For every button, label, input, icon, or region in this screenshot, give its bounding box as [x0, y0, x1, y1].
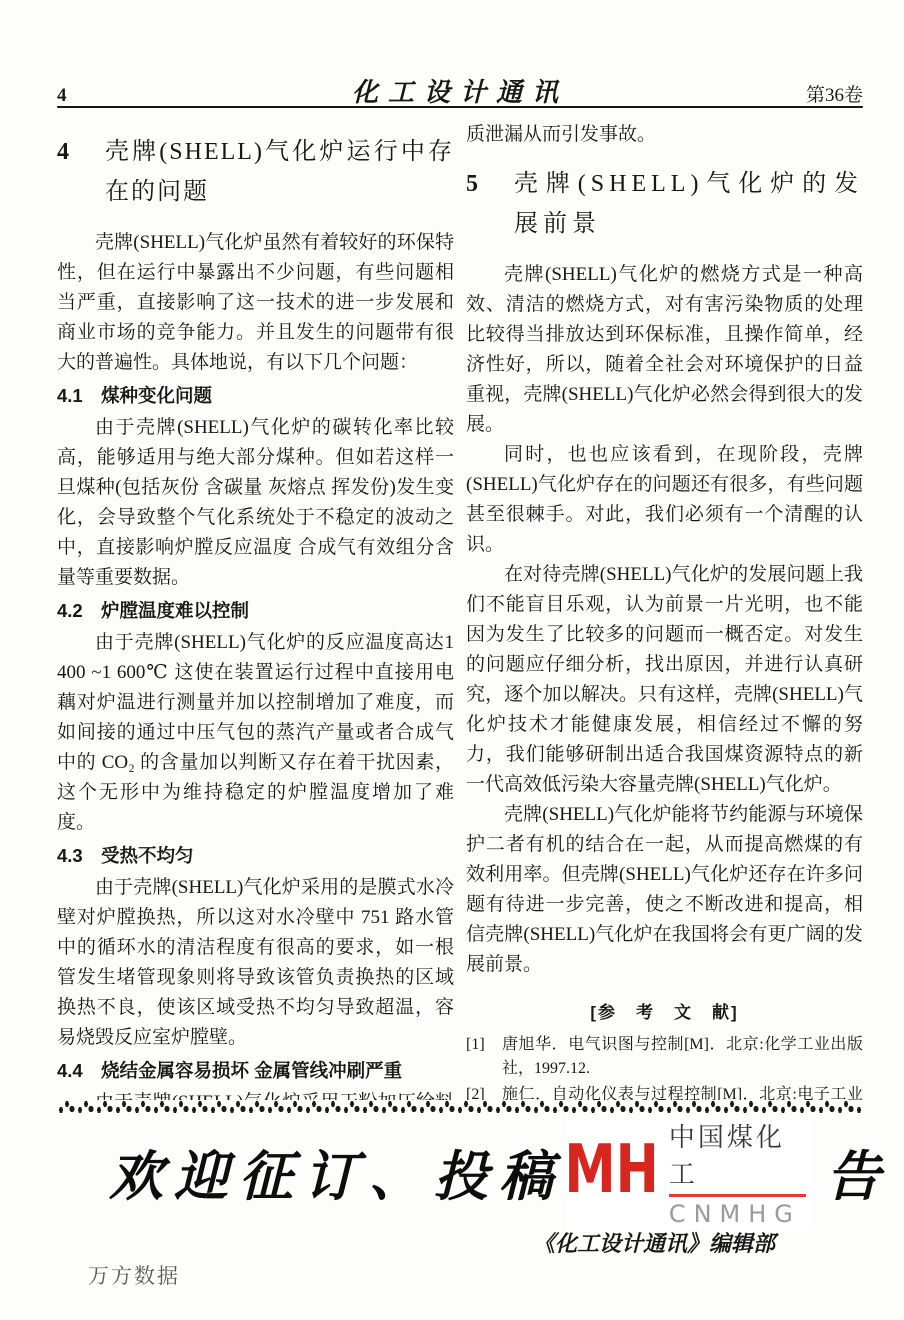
- section5-paragraph-1: 壳牌(SHELL)气化炉的燃烧方式是一种高效、清洁的燃烧方式，对有害污染物质的处…: [466, 260, 863, 440]
- reference-item: [2] 施仁．自动化仪表与过程控制[M]．北京:电子工业出版社，2003.3.: [466, 1083, 863, 1100]
- reference-1-label: [1]: [466, 1033, 502, 1081]
- section5-paragraph-3: 在对待壳牌(SHELL)气化炉的发展问题上我们不能盲目乐观，认为前景一片光明，也…: [466, 560, 863, 800]
- mh-monogram-icon: MH: [568, 1134, 659, 1210]
- subsection-4-1-heading: 4.1 煤种变化问题: [57, 381, 454, 411]
- right-column: 质泄漏从而引发事故。 5 壳牌(SHELL)气化炉的发展前景 壳牌(SHELL)…: [466, 118, 863, 1100]
- logo-text-block: 中国煤化工 CNMHG: [669, 1117, 806, 1228]
- section4-title: 壳牌(SHELL)气化炉运行中存在的问题: [105, 132, 454, 212]
- page-header: 4 化工设计通讯 第36卷: [57, 72, 863, 109]
- left-column: 4 壳牌(SHELL)气化炉运行中存在的问题 壳牌(SHELL)气化炉虽然有着较…: [57, 118, 454, 1100]
- section5-paragraph-2: 同时，也也应该看到，在现阶段，壳牌(SHELL)气化炉存在的问题还有很多，有些问…: [466, 440, 863, 560]
- footer-banner: 欢迎征订、投稿 MH 中国煤化工 CNMHG 告 《化工设计通讯》编辑部: [57, 1100, 863, 1258]
- article-body: 4 壳牌(SHELL)气化炉运行中存在的问题 壳牌(SHELL)气化炉虽然有着较…: [57, 118, 863, 1100]
- subsection-4-3-number: 4.3: [57, 841, 101, 871]
- subsection-4-1-paragraph: 由于壳牌(SHELL)气化炉的碳转化率比较高，能够适用与绝大部分煤种。但如若这样…: [57, 413, 454, 593]
- subsection-4-4-title: 烧结金属容易损坏 金属管线冲刷严重: [101, 1056, 402, 1086]
- reference-1-text: 唐旭华．电气识图与控制[M]．北京:化学工业出版社，1997.12.: [502, 1033, 863, 1081]
- subsection-4-4-continuation: 质泄漏从而引发事故。: [466, 120, 863, 150]
- cnmhg-watermark-logo: MH 中国煤化工 CNMHG: [566, 1115, 812, 1230]
- logo-name-english: CNMHG: [669, 1200, 806, 1228]
- section5-number: 5: [466, 164, 514, 244]
- section5-paragraph-4: 壳牌(SHELL)气化炉能将节约能源与环境保护二者有机的结合在一起，从而提高燃煤…: [466, 800, 863, 980]
- journal-title: 化工设计通讯: [187, 72, 733, 109]
- subsection-4-4-heading: 4.4 烧结金属容易损坏 金属管线冲刷严重: [57, 1056, 454, 1086]
- banner-calligraphy-left: 欢迎征订、投稿: [57, 1134, 564, 1211]
- section4-number: 4: [57, 132, 105, 212]
- subsection-4-4-paragraph: 由于壳牌(SHELL)气化炉采用干粉加压给料系统，煤粉的供给包括 燃烧副产品渣和…: [57, 1088, 454, 1100]
- volume-label: 第36卷: [733, 80, 863, 107]
- subsection-4-3-paragraph: 由于壳牌(SHELL)气化炉采用的是膜式水冷壁对炉膛换热，所以这对水冷壁中 75…: [57, 873, 454, 1053]
- section4-heading: 4 壳牌(SHELL)气化炉运行中存在的问题: [57, 132, 454, 212]
- subsection-4-2-heading: 4.2 炉膛温度难以控制: [57, 596, 454, 626]
- banner-calligraphy-right: 告: [826, 1134, 880, 1211]
- section5-heading: 5 壳牌(SHELL)气化炉的发展前景: [466, 164, 863, 244]
- references-header: [参 考 文 献]: [466, 998, 863, 1023]
- subsection-4-2-number: 4.2: [57, 596, 101, 626]
- reference-2-label: [2]: [466, 1083, 502, 1100]
- page-number: 4: [57, 85, 187, 107]
- logo-name-chinese: 中国煤化工: [669, 1117, 806, 1197]
- subsection-4-3-heading: 4.3 受热不均匀: [57, 841, 454, 871]
- subsection-4-4-number: 4.4: [57, 1056, 101, 1086]
- wanfang-data-watermark: 万方数据: [88, 1260, 180, 1290]
- subsection-4-2-paragraph: 由于壳牌(SHELL)气化炉的反应温度高达1 400 ~1 600℃ 这使在装置…: [57, 628, 454, 838]
- subsection-4-1-number: 4.1: [57, 381, 101, 411]
- section4-intro-paragraph: 壳牌(SHELL)气化炉虽然有着较好的环保特性，但在运行中暴露出不少问题，有些问…: [57, 228, 454, 378]
- journal-page: 4 化工设计通讯 第36卷 4 壳牌(SHELL)气化炉运行中存在的问题 壳牌(…: [0, 0, 904, 1320]
- banner-row: 欢迎征订、投稿 MH 中国煤化工 CNMHG 告: [57, 1129, 863, 1215]
- subsection-4-3-title: 受热不均匀: [101, 841, 194, 871]
- reference-2-text: 施仁．自动化仪表与过程控制[M]．北京:电子工业出版社，2003.3.: [502, 1083, 863, 1100]
- subsection-4-1-title: 煤种变化问题: [101, 381, 212, 411]
- editorial-signature: 《化工设计通讯》编辑部: [57, 1227, 863, 1258]
- subsection-4-2-title: 炉膛温度难以控制: [101, 596, 249, 626]
- header-rule: [57, 106, 863, 108]
- mh-monogram-text: MH: [568, 1134, 659, 1208]
- section5-title: 壳牌(SHELL)气化炉的发展前景: [514, 164, 863, 244]
- reference-item: [1] 唐旭华．电气识图与控制[M]．北京:化学工业出版社，1997.12.: [466, 1033, 863, 1081]
- ornamental-divider: [57, 1100, 863, 1115]
